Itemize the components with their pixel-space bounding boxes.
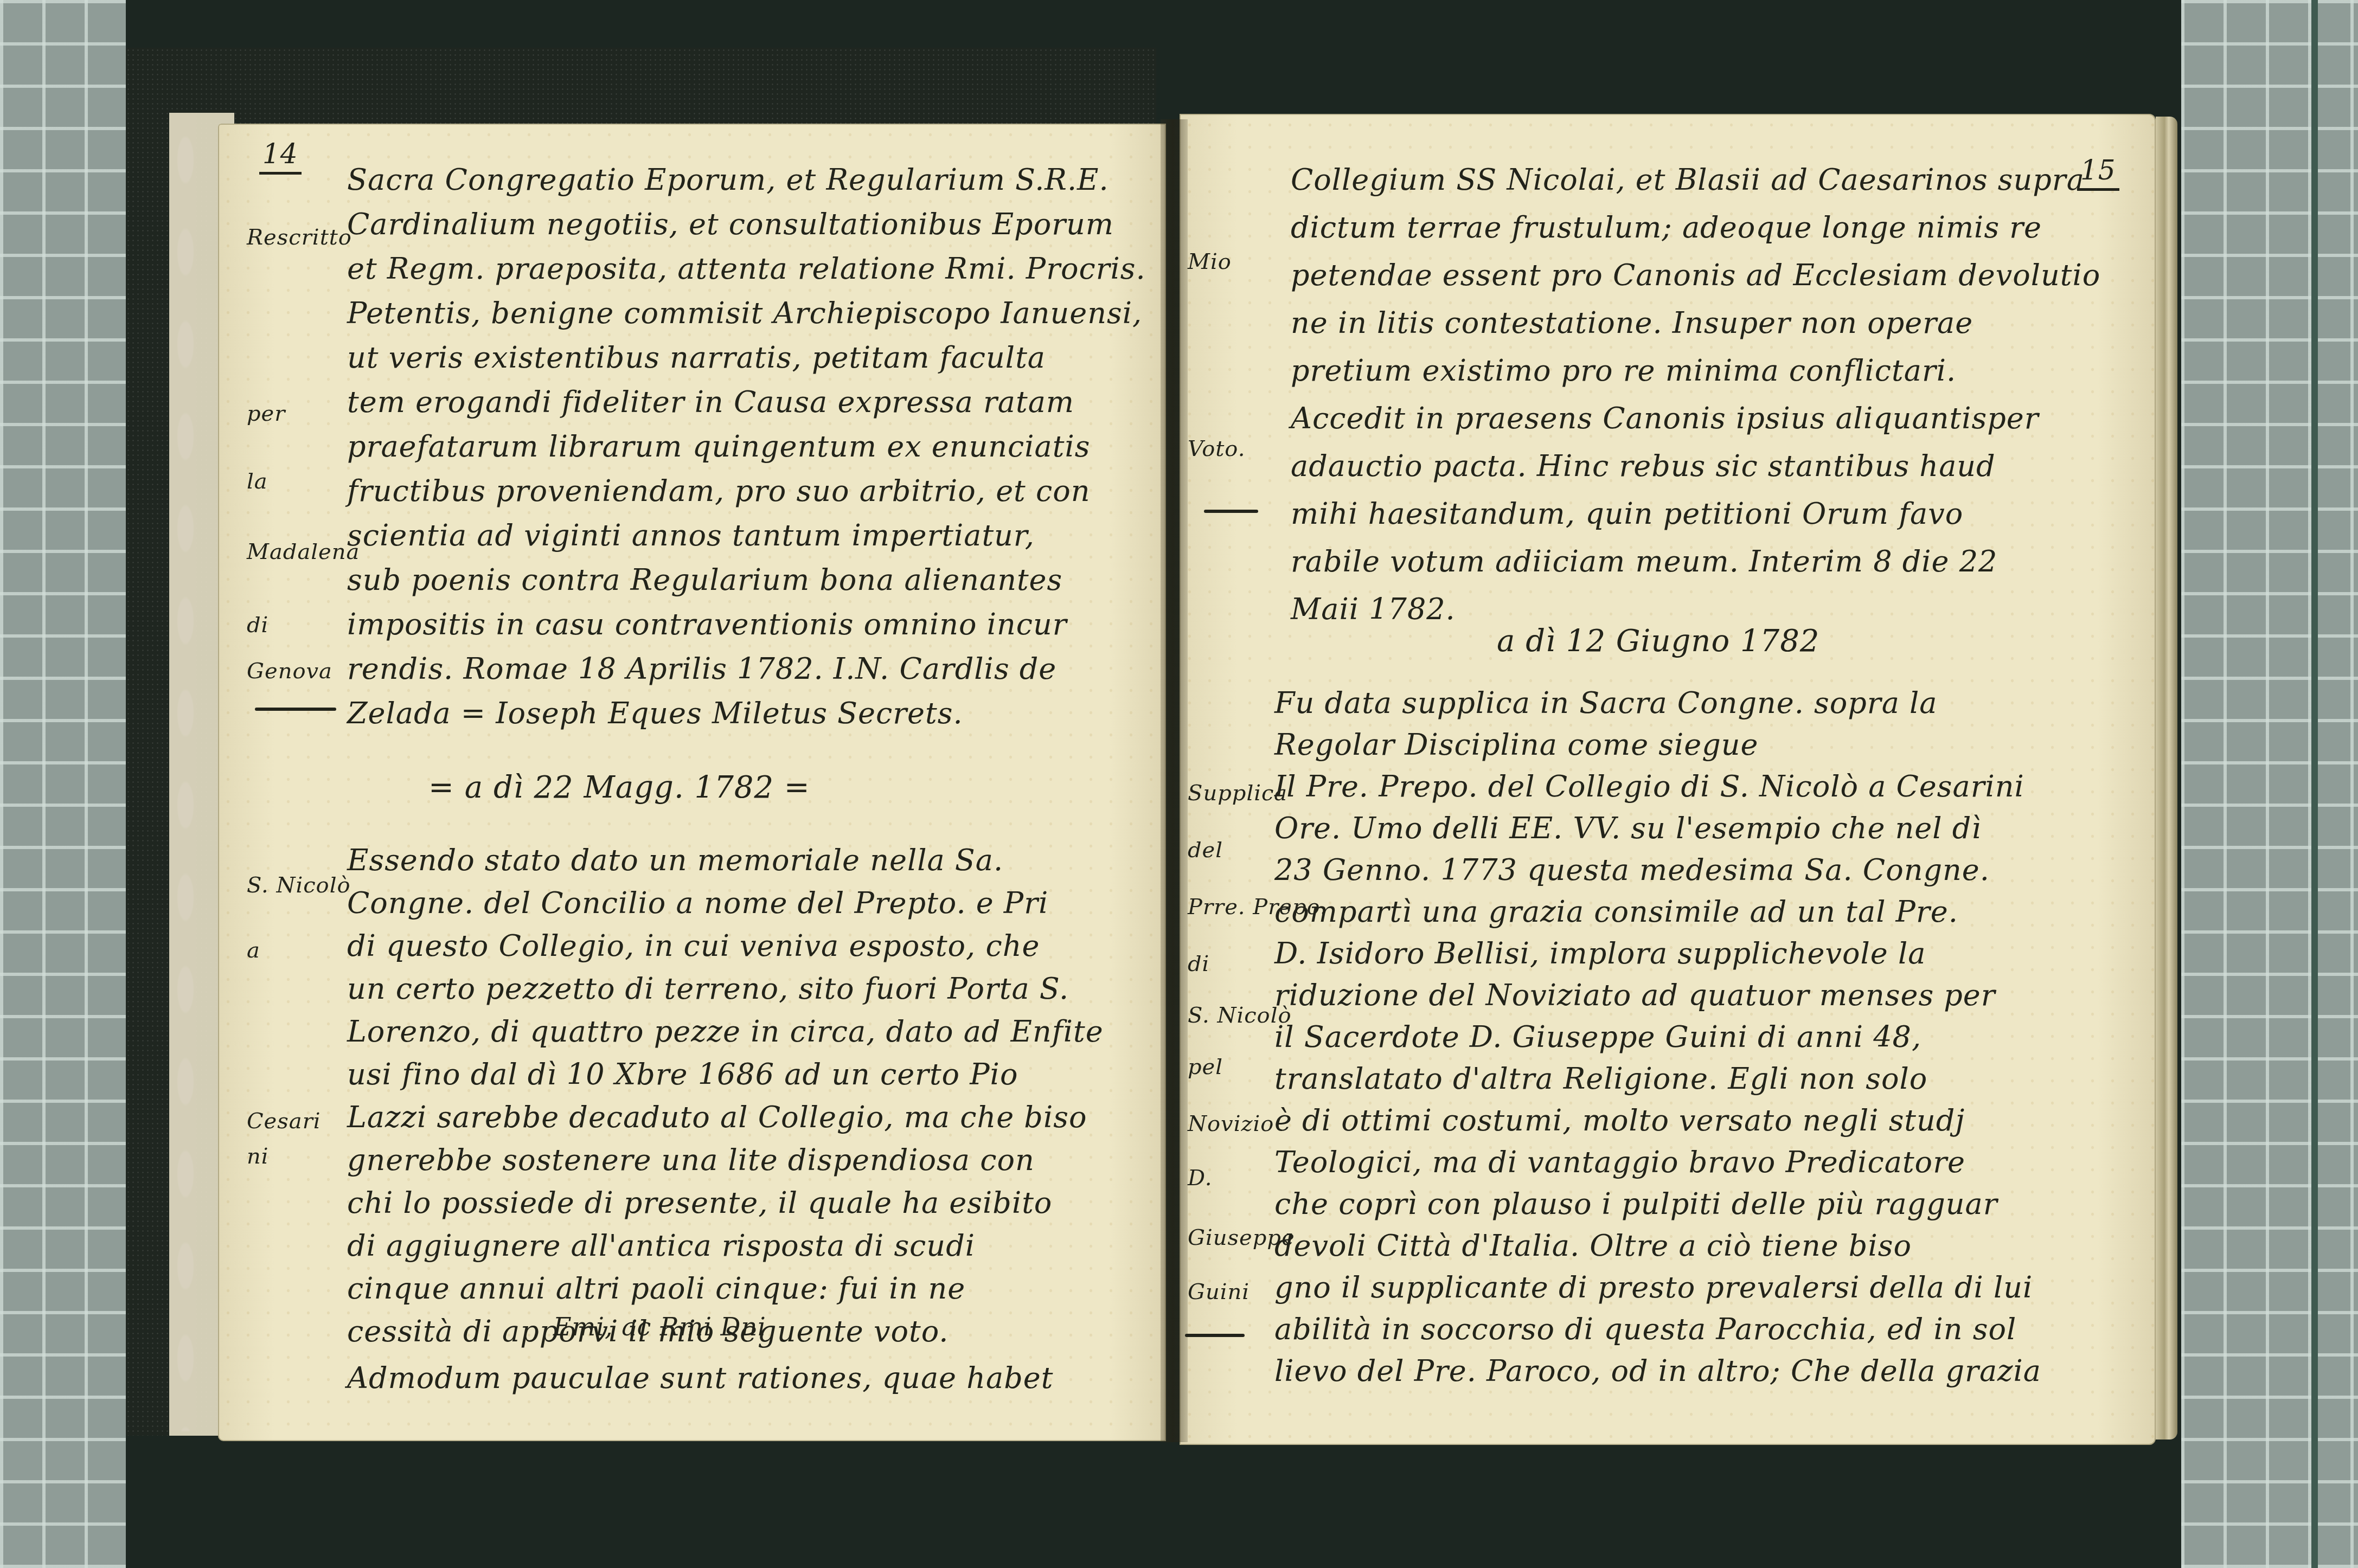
manuscript-line: è di ottimi costumi, molto versato negli… — [1274, 1103, 1965, 1138]
margin-note: Genova — [247, 659, 332, 684]
margin-rule — [1204, 510, 1258, 513]
manuscript-line: rabile votum adiiciam meum. Interim 8 di… — [1291, 544, 1997, 579]
manuscript-line: chi lo possiede di presente, il quale ha… — [347, 1186, 1052, 1220]
manuscript-line: Petentis, benigne commisit Archiepiscopo… — [347, 296, 1142, 330]
margin-note: S. Nicolò — [1188, 1003, 1292, 1028]
manuscript-line: Il Pre. Prepo. del Collegio di S. Nicolò… — [1274, 769, 2024, 804]
manuscript-line: Regolar Disciplina come siegue — [1274, 728, 1759, 762]
manuscript-line: Ore. Umo delli EE. VV. su l'esempio che … — [1274, 811, 1982, 845]
margin-note: Supplica — [1188, 781, 1287, 806]
manuscript-line: dictum terrae frustulum; adeoque longe n… — [1291, 210, 2042, 245]
margin-note: Mio — [1188, 249, 1232, 274]
entry-date-heading: a dì 12 Giugno 1782 — [1497, 624, 1819, 659]
margin-note: la — [247, 469, 268, 494]
manuscript-line: ut veris existentibus narratis, petitam … — [347, 340, 1046, 375]
manuscript-line: scientia ad viginti annos tantum imperti… — [347, 518, 1035, 552]
manuscript-line: adauctio pacta. Hinc rebus sic stantibus… — [1291, 449, 1996, 483]
manuscript-line: Collegium SS Nicolai, et Blasii ad Caesa… — [1291, 163, 2085, 197]
manuscript-line: Sacra Congregatio Eporum, et Regularium … — [347, 163, 1109, 197]
margin-note: Voto. — [1188, 436, 1245, 461]
manuscript-line: Zelada = Ioseph Eques Miletus Secrets. — [347, 696, 963, 730]
margin-note: per — [247, 401, 285, 426]
margin-note: pel — [1188, 1055, 1223, 1079]
margin-rule — [1185, 1334, 1245, 1337]
margin-note: Novizio — [1188, 1111, 1274, 1136]
manuscript-line: di questo Collegio, in cui veniva espost… — [347, 929, 1040, 963]
manuscript-line: praefatarum librarum quingentum ex enunc… — [347, 429, 1090, 464]
margin-note: Cesari — [247, 1109, 321, 1134]
margin-note: Rescritto — [247, 225, 352, 250]
margin-note: Guini — [1188, 1280, 1250, 1304]
manuscript-line: Maii 1782. — [1291, 592, 1456, 626]
manuscript-line: compartì una grazia consimile ad un tal … — [1274, 895, 1958, 929]
manuscript-line: mihi haesitandum, quin petitioni Orum fa… — [1291, 497, 1963, 531]
margin-rule — [255, 708, 336, 711]
manuscript-line: sub poenis contra Regularium bona aliena… — [347, 563, 1062, 597]
manuscript-line: D. Isidoro Bellisi, implora supplichevol… — [1274, 936, 1926, 971]
grid-mat-right — [2181, 0, 2358, 1568]
margin-note: Madalena — [247, 539, 360, 564]
manuscript-line: di aggiugnere all'antica risposta di scu… — [347, 1229, 975, 1263]
manuscript-line: usi fino dal dì 10 Xbre 1686 ad un certo… — [347, 1057, 1018, 1091]
manuscript-line: Fu data supplica in Sacra Congne. sopra … — [1274, 686, 1938, 720]
manuscript-line: che coprì con plauso i pulpiti delle più… — [1274, 1187, 1998, 1221]
manuscript-line: gno il supplicante di presto prevalersi … — [1274, 1270, 2033, 1304]
salutation: Emi, ac Rmi Dni — [553, 1312, 766, 1341]
manuscript-line: Teologici, ma di vantaggio bravo Predica… — [1274, 1145, 1965, 1179]
book-gutter — [1161, 119, 1188, 1442]
manuscript-line: Lorenzo, di quattro pezze in circa, dato… — [347, 1014, 1104, 1049]
manuscript-line: un certo pezzetto di terreno, sito fuori… — [347, 972, 1069, 1006]
manuscript-line: translatato d'altra Religione. Egli non … — [1274, 1062, 1927, 1096]
manuscript-line: petendae essent pro Canonis ad Ecclesiam… — [1291, 258, 2100, 292]
manuscript-line: il Sacerdote D. Giuseppe Guini di anni 4… — [1274, 1020, 1921, 1054]
manuscript-line: Congne. del Concilio a nome del Prepto. … — [347, 886, 1048, 920]
margin-note: S. Nicolò — [247, 873, 351, 898]
manuscript-line: Cardinalium negotiis, et consultationibu… — [347, 207, 1114, 241]
grid-mat-left — [0, 0, 126, 1568]
manuscript-line: impositis in casu contraventionis omnino… — [347, 607, 1067, 641]
manuscript-line: 23 Genno. 1773 questa medesima Sa. Congn… — [1274, 853, 1990, 887]
manuscript-line: cinque annui altri paoli cinque: fui in … — [347, 1271, 965, 1306]
manuscript-line: abilità in soccorso di questa Parocchia,… — [1274, 1312, 2016, 1346]
manuscript-line: ne in litis contestatione. Insuper non o… — [1291, 306, 1973, 340]
manuscript-line: gnerebbe sostenere una lite dispendiosa … — [347, 1143, 1035, 1177]
manuscript-line: pretium existimo pro re minima conflicta… — [1291, 354, 1956, 388]
manuscript-line: tem erogandi fideliter in Causa expressa… — [347, 385, 1074, 419]
margin-note: D. — [1188, 1166, 1212, 1191]
manuscript-line: fructibus proveniendam, pro suo arbitrio… — [347, 474, 1091, 508]
manuscript-line: Lazzi sarebbe decaduto al Collegio, ma c… — [347, 1100, 1087, 1134]
manuscript-line: riduzione del Noviziato ad quatuor mense… — [1274, 978, 1996, 1012]
manuscript-line: rendis. Romae 18 Aprilis 1782. I.N. Card… — [347, 652, 1056, 686]
manuscript-line: Accedit in praesens Canonis ipsius aliqu… — [1291, 401, 2039, 435]
mat-rule-line — [2311, 0, 2318, 1568]
manuscript-line: et Regm. praeposita, attenta relatione R… — [347, 252, 1146, 286]
margin-note: Prre. Prepo. — [1188, 895, 1328, 920]
margin-note: di — [247, 613, 268, 638]
manuscript-line: Essendo stato dato un memoriale nella Sa… — [347, 843, 1003, 877]
margin-note: di — [1188, 952, 1209, 976]
margin-note: Giuseppe — [1188, 1225, 1295, 1250]
last-line: Admodum pauculae sunt rationes, quae hab… — [347, 1361, 1053, 1395]
manuscript-line: devoli Città d'Italia. Oltre a ciò tiene… — [1274, 1229, 1912, 1263]
margin-note: ni — [247, 1144, 269, 1169]
page-block-edge — [2156, 117, 2177, 1440]
entry-date-heading: = a dì 22 Magg. 1782 = — [428, 770, 810, 805]
folio-number-left: 14 — [259, 138, 302, 175]
manuscript-line: lievo del Pre. Paroco, od in altro; Che … — [1274, 1354, 2041, 1388]
margin-note: del — [1188, 838, 1223, 863]
margin-note: a — [247, 938, 260, 963]
